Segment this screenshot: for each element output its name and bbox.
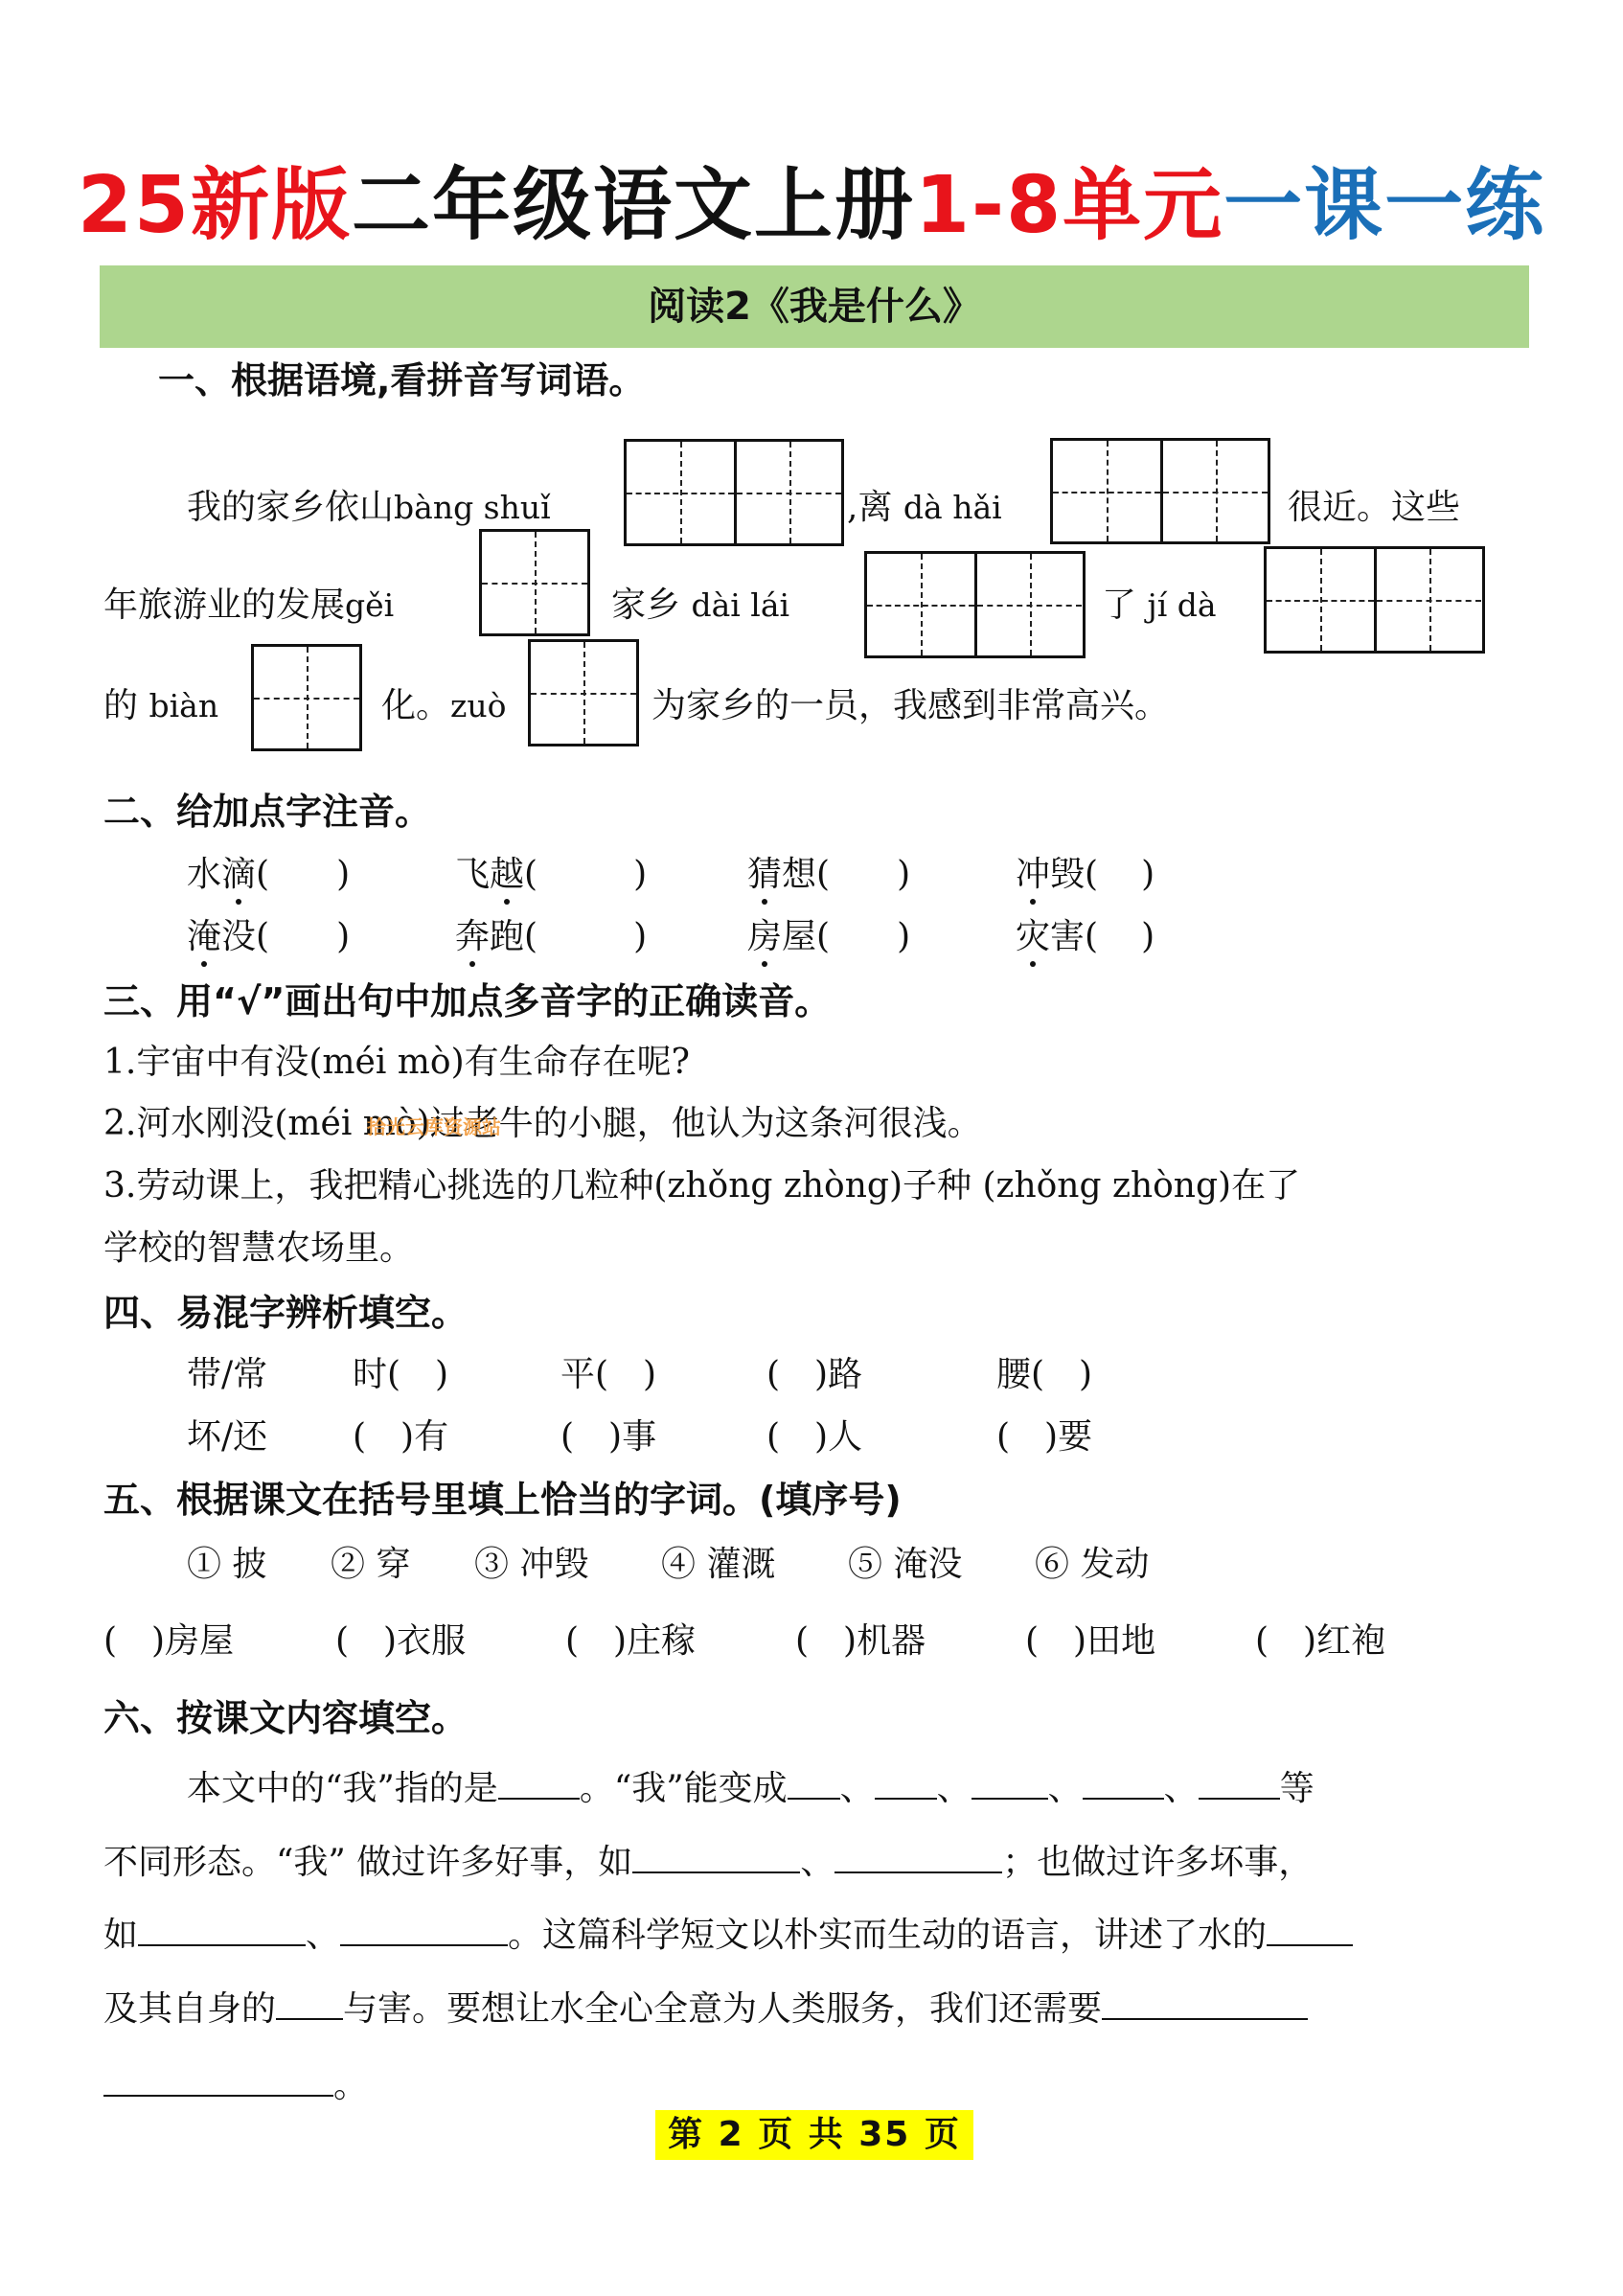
s4-label: 带/常 <box>187 1351 267 1399</box>
s1-line3-post: 为家乡的一员，我感到非常高兴。 <box>651 682 1169 730</box>
s6-line1: 本文中的“我”指的是。“我”能变成、、、、等 <box>187 1763 1314 1813</box>
s4-item: ( )事 <box>560 1413 656 1461</box>
s2-item: 冲毁() <box>1016 851 1154 899</box>
s1-line3-mid: 化。zuò <box>381 682 507 730</box>
s5-blank: ( )红袍 <box>1255 1618 1385 1665</box>
section6-heading: 六、按课文内容填空。 <box>103 1694 468 1742</box>
s4-item: ( )人 <box>766 1413 862 1461</box>
writing-box[interactable] <box>624 439 844 546</box>
s5-option: ① 披 <box>187 1541 266 1589</box>
s3-item-3: 3.劳动课上，我把精心挑选的几粒种(zhǒng zhòng)子种 (zhǒng … <box>103 1162 1300 1210</box>
title-edition: 25新版 <box>78 160 352 251</box>
lesson-banner: 阅读2《我是什么》 <box>100 265 1529 348</box>
page-number: 第 2 页 共 35 页 <box>655 2110 973 2160</box>
s1-line3-pre: 的 biàn <box>103 682 218 730</box>
s5-option: ⑤ 淹没 <box>848 1541 962 1589</box>
s6-line2: 不同形态。“我” 做过许多好事，如、；也做过许多坏事， <box>103 1837 1313 1887</box>
s4-item: 平( ) <box>560 1351 656 1399</box>
s4-item: 时( ) <box>353 1351 448 1399</box>
s3-item-1: 1.宇宙中有没(méi mò)有生命存在呢? <box>103 1039 690 1087</box>
s3-item-3-cont: 学校的智慧农场里。 <box>103 1225 414 1273</box>
writing-box[interactable] <box>1264 546 1485 654</box>
s2-item: 淹没() <box>187 913 350 961</box>
s4-item: ( )有 <box>353 1413 448 1461</box>
s6-line4: 及其自身的与害。要想让水全心全意为人类服务，我们还需要 <box>103 1984 1308 2033</box>
section4-heading: 四、易混字辨析填空。 <box>103 1289 468 1337</box>
s1-line1-mid: ,离 dà hǎi <box>847 484 1002 532</box>
s1-line1-pre: 我的家乡依山bàng shuǐ <box>187 484 551 532</box>
s1-line2-mid2: 了 jí dà <box>1102 582 1217 630</box>
s5-blank: ( )衣服 <box>335 1618 466 1665</box>
title-units: 1-8单元 <box>915 160 1223 251</box>
writing-box[interactable] <box>528 639 639 746</box>
s4-item: ( )路 <box>766 1351 862 1399</box>
s6-line5: 。 <box>103 2060 368 2110</box>
s4-item: 腰( ) <box>996 1351 1092 1399</box>
s5-blank: ( )田地 <box>1025 1618 1155 1665</box>
writing-box[interactable] <box>1050 438 1270 544</box>
s4-label: 坏/还 <box>187 1413 267 1461</box>
s2-item: 猜想() <box>747 851 910 899</box>
s2-item: 灾害() <box>1016 913 1154 961</box>
s2-item: 飞越() <box>455 851 647 899</box>
s5-blank: ( )房屋 <box>103 1618 234 1665</box>
s1-line2-mid1: 家乡 dài lái <box>611 582 789 630</box>
section1-heading: 一、根据语境,看拼音写词语。 <box>158 356 645 404</box>
s5-option: ③ 冲毁 <box>474 1541 588 1589</box>
title-grade: 二年级语文上册 <box>352 160 915 251</box>
s5-blank: ( )庄稼 <box>565 1618 696 1665</box>
s5-option: ② 穿 <box>331 1541 410 1589</box>
s1-line2-pre: 年旅游业的发展gěi <box>103 582 394 630</box>
writing-box[interactable] <box>864 551 1086 658</box>
s3-item-2: 2.河水刚没(méi mò)过老牛的小腿，他认为这条河很浅。 <box>103 1100 982 1148</box>
document-title: 25新版二年级语文上册1-8单元一课一练 <box>0 158 1623 254</box>
section2-heading: 二、给加点字注音。 <box>103 788 431 836</box>
watermark: 拾光云库资源站 <box>367 1112 501 1139</box>
s4-item: ( )要 <box>996 1413 1092 1461</box>
section3-heading: 三、用“√”画出句中加点多音字的正确读音。 <box>103 977 831 1025</box>
writing-box[interactable] <box>251 644 362 751</box>
s5-option: ⑥ 发动 <box>1035 1541 1149 1589</box>
s6-line3: 如、。这篇科学短文以朴实而生动的语言，讲述了水的 <box>103 1910 1353 1960</box>
s1-line1-post: 很近。这些 <box>1288 484 1460 532</box>
s2-item: 房屋() <box>747 913 910 961</box>
title-practice: 一课一练 <box>1223 160 1545 251</box>
s5-option: ④ 灌溉 <box>661 1541 775 1589</box>
s5-blank: ( )机器 <box>795 1618 926 1665</box>
writing-box[interactable] <box>479 529 590 636</box>
section5-heading: 五、根据课文在括号里填上恰当的字词。(填序号) <box>103 1476 902 1524</box>
s2-item: 奔跑() <box>455 913 647 961</box>
s2-item: 水滴() <box>187 851 350 899</box>
